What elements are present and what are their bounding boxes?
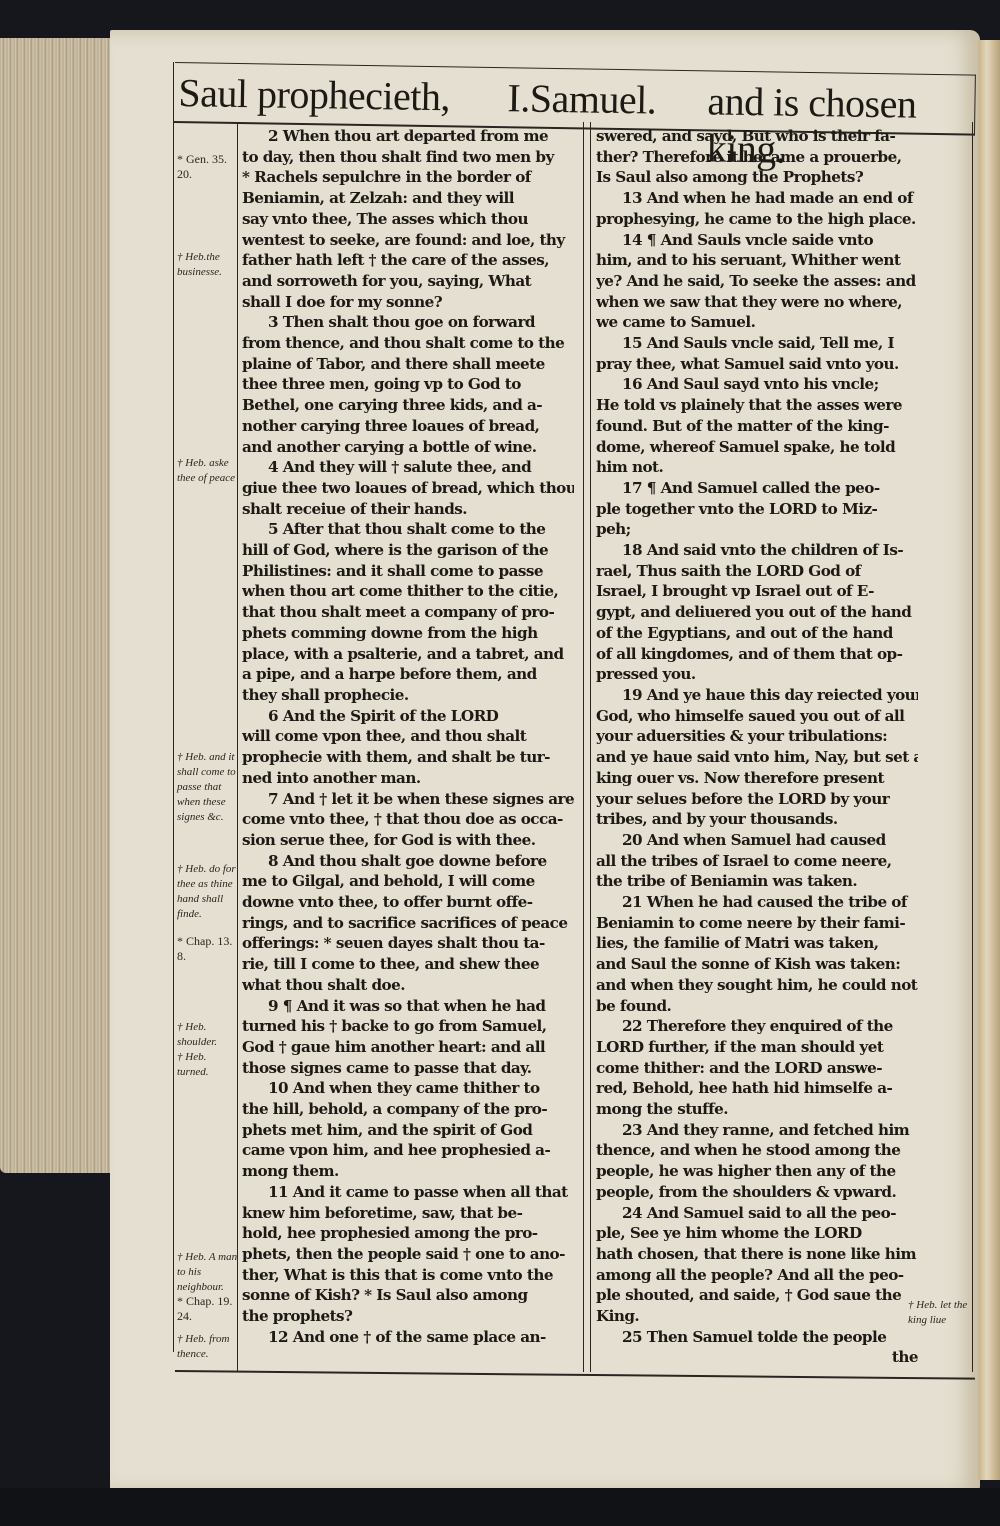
text-line: gypt, and deliuered you out of the hand xyxy=(596,602,918,623)
text-line: 24 And Samuel said to all the peo- xyxy=(596,1203,918,1224)
text-line: father hath left † the care of the asses… xyxy=(242,250,574,271)
margin-note: † Heb. aske thee of peace xyxy=(177,456,239,486)
text-line: giue thee two loaues of bread, which tho… xyxy=(242,478,574,499)
text-line: 2 When thou art departed from me xyxy=(242,126,574,147)
text-line: phets met him, and the spirit of God xyxy=(242,1120,574,1141)
margin-note: † Heb. let the king liue xyxy=(908,1298,970,1328)
text-line: 8 And thou shalt goe downe before xyxy=(242,851,574,872)
text-line: phets, then the people said † one to ano… xyxy=(242,1244,574,1265)
text-line: tribes, and by your thousands. xyxy=(596,809,918,830)
text-line: and ye haue said vnto him, Nay, but set … xyxy=(596,747,918,768)
text-line: among all the people? And all the peo- xyxy=(596,1265,918,1286)
text-line: and when they sought him, he could not xyxy=(596,975,918,996)
text-line: wentest to seeke, are found: and loe, th… xyxy=(242,230,574,251)
text-line: ye? And he said, To seeke the asses: and xyxy=(596,271,918,292)
text-line: God, who himselfe saued you out of all xyxy=(596,706,918,727)
margin-note: * Chap. 13. 8. xyxy=(177,934,239,964)
text-line: come vnto thee, † that thou doe as occa- xyxy=(242,809,574,830)
text-line: we came to Samuel. xyxy=(596,312,918,333)
text-line: mong them. xyxy=(242,1161,574,1182)
text-line: the xyxy=(596,1347,918,1368)
text-line: mong the stuffe. xyxy=(596,1099,918,1120)
text-line: nother carying three loaues of bread, xyxy=(242,416,574,437)
text-line: king ouer vs. Now therefore present xyxy=(596,768,918,789)
text-line: red, Behold, hee hath hid himselfe a- xyxy=(596,1078,918,1099)
text-line: that thou shalt meet a company of pro- xyxy=(242,602,574,623)
text-line: shalt receiue of their hands. xyxy=(242,499,574,520)
text-line: when thou art come thither to the citie, xyxy=(242,581,574,602)
text-line: people, from the shoulders & vpward. xyxy=(596,1182,918,1203)
text-line: plaine of Tabor, and there shall meete xyxy=(242,354,574,375)
text-line: ned into another man. xyxy=(242,768,574,789)
text-line: be found. xyxy=(596,996,918,1017)
text-line: hill of God, where is the garison of the xyxy=(242,540,574,561)
text-line: Beniamin to come neere by their fami- xyxy=(596,913,918,934)
text-line: peh; xyxy=(596,519,918,540)
text-column-right: swered, and sayd, But who is their fa-th… xyxy=(596,126,918,1386)
left-margin-notes: * Gen. 35. 20.† Heb.the businesse.† Heb.… xyxy=(175,122,238,1372)
text-line: me to Gilgal, and behold, I will come xyxy=(242,871,574,892)
text-line: God † gaue him another heart: and all xyxy=(242,1037,574,1058)
text-line: 15 And Sauls vncle said, Tell me, I xyxy=(596,333,918,354)
text-line: offerings: * seuen dayes shalt thou ta- xyxy=(242,933,574,954)
text-line: 9 ¶ And it was so that when he had xyxy=(242,996,574,1017)
text-line: 13 And when he had made an end of xyxy=(596,188,918,209)
text-line: Philistines: and it shall come to passe xyxy=(242,561,574,582)
text-line: all the tribes of Israel to come neere, xyxy=(596,851,918,872)
text-line: what thou shalt doe. xyxy=(242,975,574,996)
text-line: King. xyxy=(596,1306,918,1327)
text-line: downe vnto thee, to offer burnt offe- xyxy=(242,892,574,913)
text-line: of the Egyptians, and out of the hand xyxy=(596,623,918,644)
text-line: him, and to his seruant, Whither went xyxy=(596,250,918,271)
text-line: 21 When he had caused the tribe of xyxy=(596,892,918,913)
text-line: 25 Then Samuel tolde the people xyxy=(596,1327,918,1348)
text-line: rie, till I come to thee, and shew thee xyxy=(242,954,574,975)
text-line: and Saul the sonne of Kish was taken: xyxy=(596,954,918,975)
text-line: those signes came to passe that day. xyxy=(242,1058,574,1079)
facing-page-edge xyxy=(978,40,1000,1480)
text-line: ple shouted, and saide, † God saue the xyxy=(596,1285,918,1306)
text-line: lies, the familie of Matri was taken, xyxy=(596,933,918,954)
text-line: Israel, I brought vp Israel out of E- xyxy=(596,581,918,602)
text-line: 22 Therefore they enquired of the xyxy=(596,1016,918,1037)
text-line: dome, whereof Samuel spake, he told xyxy=(596,437,918,458)
text-line: pressed you. xyxy=(596,664,918,685)
margin-note: † Heb. turned. xyxy=(177,1050,239,1080)
text-line: * Rachels sepulchre in the border of xyxy=(242,167,574,188)
column-divider-inner xyxy=(590,122,591,1372)
margin-note: † Heb. A man to his neighbour. xyxy=(177,1250,239,1295)
margin-note: † Heb. shoulder. xyxy=(177,1020,239,1050)
text-line: come thither: and the LORD answe- xyxy=(596,1058,918,1079)
text-line: He told vs plainely that the asses were xyxy=(596,395,918,416)
text-line: 12 And one † of the same place an- xyxy=(242,1327,574,1348)
text-line: prophecie with them, and shalt be tur- xyxy=(242,747,574,768)
text-line: ple, See ye him whome the LORD xyxy=(596,1223,918,1244)
text-line: 23 And they ranne, and fetched him xyxy=(596,1120,918,1141)
text-line: and sorroweth for you, saying, What xyxy=(242,271,574,292)
text-line: say vnto thee, The asses which thou xyxy=(242,209,574,230)
margin-note: * Chap. 19. 24. xyxy=(177,1294,239,1324)
text-line: 7 And † let it be when these signes are xyxy=(242,789,574,810)
text-line: the prophets? xyxy=(242,1306,574,1327)
text-line: him not. xyxy=(596,457,918,478)
column-divider xyxy=(583,122,584,1372)
text-line: LORD further, if the man should yet xyxy=(596,1037,918,1058)
text-line: and another carying a bottle of wine. xyxy=(242,437,574,458)
text-line: ple together vnto the LORD to Miz- xyxy=(596,499,918,520)
text-line: Is Saul also among the Prophets? xyxy=(596,167,918,188)
text-line: ther, What is this that is come vnto the xyxy=(242,1265,574,1286)
text-line: 5 After that thou shalt come to the xyxy=(242,519,574,540)
text-line: your selues before the LORD by your xyxy=(596,789,918,810)
margin-note: † Heb. from thence. xyxy=(177,1332,239,1362)
text-line: ther? Therefore it became a prouerbe, xyxy=(596,147,918,168)
text-line: pray thee, what Samuel said vnto you. xyxy=(596,354,918,375)
text-line: Beniamin, at Zelzah: and they will xyxy=(242,188,574,209)
text-line: the tribe of Beniamin was taken. xyxy=(596,871,918,892)
text-line: hath chosen, that there is none like him xyxy=(596,1244,918,1265)
text-line: of all kingdomes, and of them that op- xyxy=(596,644,918,665)
text-line: phets comming downe from the high xyxy=(242,623,574,644)
text-line: 10 And when they came thither to xyxy=(242,1078,574,1099)
margin-note: * Gen. 35. 20. xyxy=(177,152,239,182)
text-line: from thence, and thou shalt come to the xyxy=(242,333,574,354)
text-line: sonne of Kish? * Is Saul also among xyxy=(242,1285,574,1306)
text-line: 4 And they will † salute thee, and xyxy=(242,457,574,478)
right-margin-notes: † Heb. let the king liue xyxy=(906,122,973,1372)
margin-note: † Heb. and it shall come to passe that w… xyxy=(177,750,239,825)
text-line: shall I doe for my sonne? xyxy=(242,292,574,313)
text-line: your aduersities & your tribulations: xyxy=(596,726,918,747)
text-line: they shall prophecie. xyxy=(242,685,574,706)
text-line: 17 ¶ And Samuel called the peo- xyxy=(596,478,918,499)
text-line: Bethel, one carying three kids, and a- xyxy=(242,395,574,416)
text-line: 3 Then shalt thou goe on forward xyxy=(242,312,574,333)
text-line: thee three men, going vp to God to xyxy=(242,374,574,395)
text-line: when we saw that they were no where, xyxy=(596,292,918,313)
text-line: 6 And the Spirit of the LORD xyxy=(242,706,574,727)
margin-note: † Heb. do for thee as thine hand shall f… xyxy=(177,862,239,922)
text-line: swered, and sayd, But who is their fa- xyxy=(596,126,918,147)
text-line: rings, and to sacrifice sacrifices of pe… xyxy=(242,913,574,934)
text-line: place, with a psalterie, and a tabret, a… xyxy=(242,644,574,665)
text-line: 19 And ye haue this day reiected your xyxy=(596,685,918,706)
text-line: thence, and when he stood among the xyxy=(596,1140,918,1161)
text-line: sion serue thee, for God is with thee. xyxy=(242,830,574,851)
margin-note: † Heb.the businesse. xyxy=(177,250,239,280)
text-line: a pipe, and a harpe before them, and xyxy=(242,664,574,685)
background-shadow xyxy=(0,1488,1000,1526)
text-line: rael, Thus saith the LORD God of xyxy=(596,561,918,582)
text-line: 16 And Saul sayd vnto his vncle; xyxy=(596,374,918,395)
page-edges-stack xyxy=(0,38,112,1173)
text-line: to day, then thou shalt find two men by xyxy=(242,147,574,168)
text-line: hold, hee prophesied among the pro- xyxy=(242,1223,574,1244)
text-line: turned his † backe to go from Samuel, xyxy=(242,1016,574,1037)
text-line: the hill, behold, a company of the pro- xyxy=(242,1099,574,1120)
text-line: came vpon him, and hee prophesied a- xyxy=(242,1140,574,1161)
text-line: prophesying, he came to the high place. xyxy=(596,209,918,230)
text-line: will come vpon thee, and thou shalt xyxy=(242,726,574,747)
text-column-left: 2 When thou art departed from meto day, … xyxy=(242,126,574,1371)
text-line: 20 And when Samuel had caused xyxy=(596,830,918,851)
text-line: found. But of the matter of the king- xyxy=(596,416,918,437)
text-line: 18 And said vnto the children of Is- xyxy=(596,540,918,561)
text-line: people, he was higher then any of the xyxy=(596,1161,918,1182)
text-line: 11 And it came to passe when all that xyxy=(242,1182,574,1203)
text-line: 14 ¶ And Sauls vncle saide vnto xyxy=(596,230,918,251)
text-line: knew him beforetime, saw, that be- xyxy=(242,1203,574,1224)
